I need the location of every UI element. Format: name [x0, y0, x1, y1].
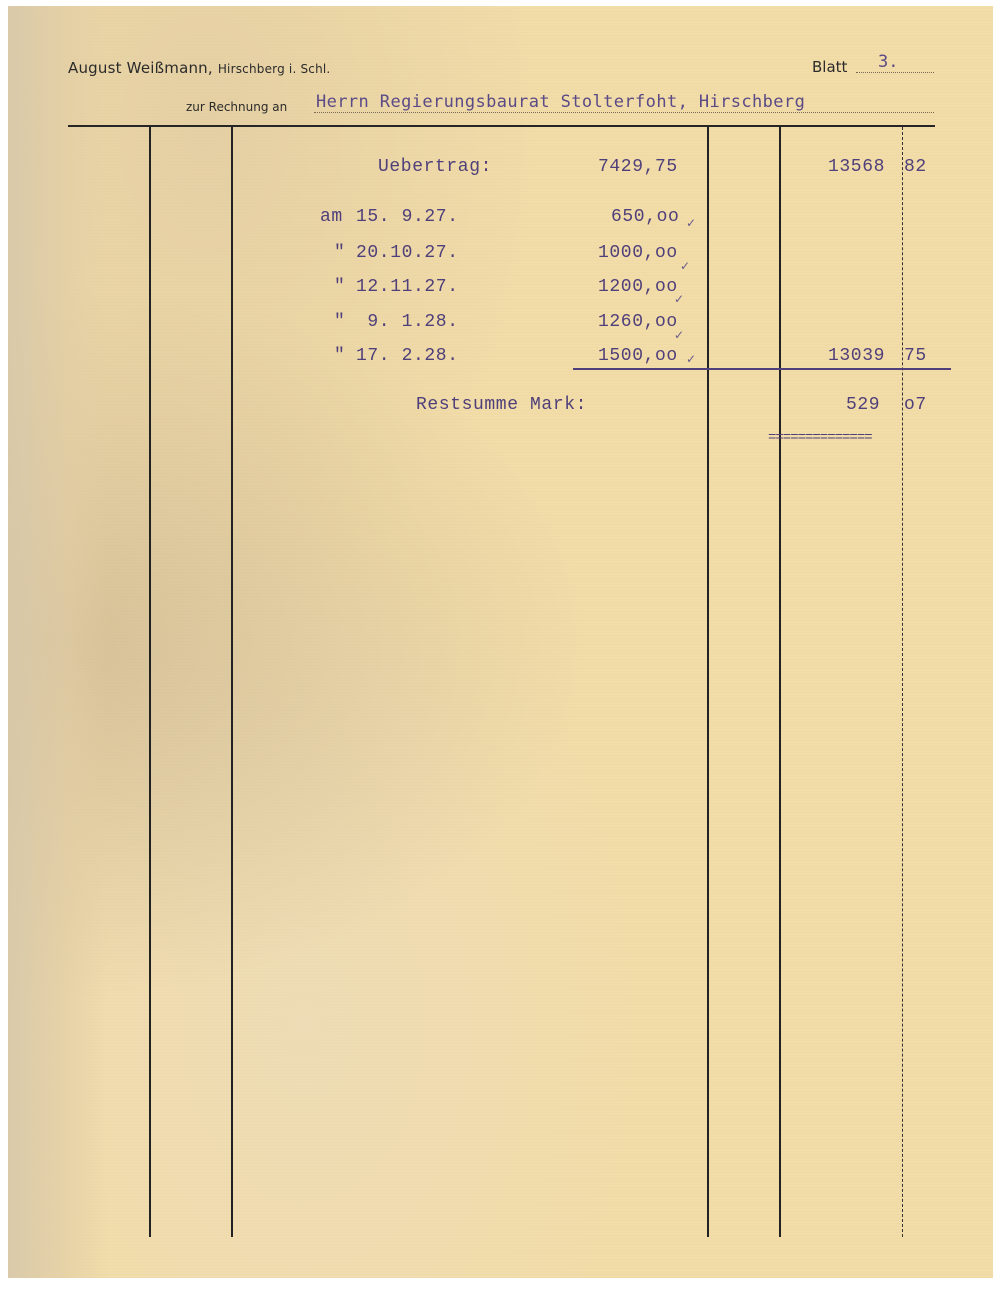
carry-over-total-pfennig: 82	[904, 157, 927, 177]
check-mark-icon: ✓	[674, 328, 684, 342]
payment-date: 17. 2.28.	[356, 346, 459, 366]
invoice-to-label: zur Rechnung an	[186, 100, 287, 114]
payment-date: 20.10.27.	[356, 243, 459, 263]
payment-date: 9. 1.28.	[356, 312, 459, 332]
carry-over-total-mark: 13568	[828, 157, 885, 177]
payment-amount: 650,oo	[611, 207, 679, 227]
column-divider-4	[779, 127, 781, 1237]
pfennig-divider	[902, 127, 903, 1237]
carry-over-amount: 7429,75	[598, 157, 678, 177]
sum-underline	[573, 368, 951, 370]
remainder-label: Restsumme Mark:	[416, 395, 587, 415]
payment-prefix: "	[334, 312, 345, 332]
recipient-name: Herrn Regierungsbaurat Stolterfoht, Hirs…	[316, 92, 805, 112]
payment-amount: 1500,oo	[598, 346, 678, 366]
header-rule	[68, 125, 935, 127]
letterhead-name: August Weißmann, Hirschberg i. Schl.	[68, 59, 330, 77]
column-divider-2	[231, 127, 233, 1237]
column-divider-1	[149, 127, 151, 1237]
payment-amount: 1260,oo	[598, 312, 678, 332]
payments-total-mark: 13039	[828, 346, 885, 366]
paper-stain	[8, 6, 108, 1278]
sheet-label: Blatt	[812, 58, 847, 76]
remainder-pfennig: o7	[904, 395, 927, 415]
sheet-number: 3.	[878, 52, 898, 72]
check-mark-icon: ✓	[686, 352, 696, 366]
check-mark-icon: ✓	[686, 216, 696, 230]
payment-prefix: am	[320, 207, 343, 227]
column-divider-3	[707, 127, 709, 1237]
payments-total-pfennig: 75	[904, 346, 927, 366]
merchant-city: Hirschberg i. Schl.	[218, 62, 331, 76]
carry-over-label: Uebertrag:	[378, 157, 492, 177]
payment-amount: 1000,oo	[598, 243, 678, 263]
payment-amount: 1200,oo	[598, 277, 678, 297]
payment-date: 12.11.27.	[356, 277, 459, 297]
payment-prefix: "	[334, 346, 345, 366]
check-mark-icon: ✓	[674, 292, 684, 306]
merchant-name: August Weißmann,	[68, 59, 213, 77]
payment-prefix: "	[334, 277, 345, 297]
payment-prefix: "	[334, 243, 345, 263]
paper-sheet	[8, 6, 993, 1278]
double-underline: ==============	[768, 430, 872, 446]
check-mark-icon: ✓	[680, 259, 690, 273]
remainder-mark: 529	[846, 395, 880, 415]
payment-date: 15. 9.27.	[356, 207, 459, 227]
